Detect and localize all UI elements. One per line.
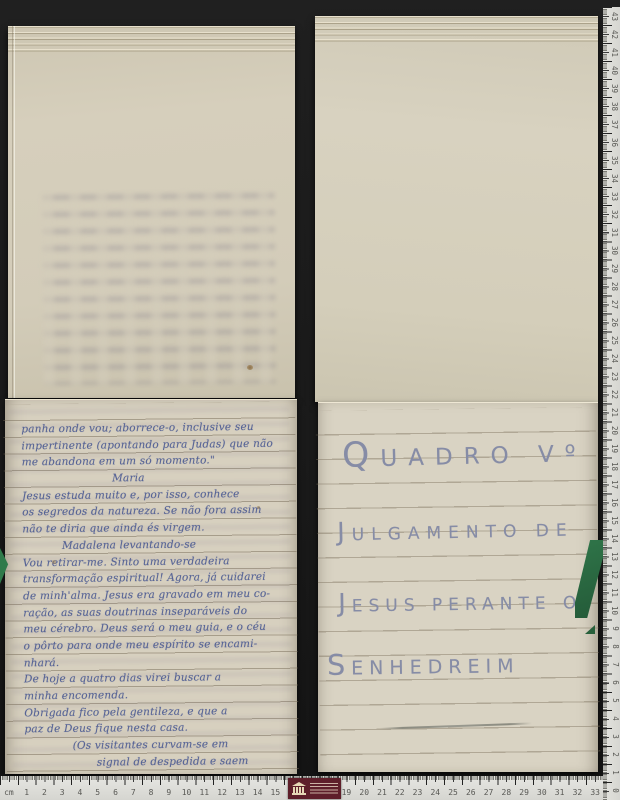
ruler-number: 36 (611, 138, 620, 147)
ruler-number-cell: 7 (610, 656, 620, 674)
manuscript-line: os segredos da natureza. Se não fora ass… (22, 502, 290, 521)
ruler-number-cell: 27 (610, 295, 620, 313)
ruler-number: 9 (610, 626, 619, 631)
ruler-number: 28 (611, 282, 620, 291)
ruler-number-cell: 9 (610, 620, 620, 638)
ruler-number-cell: 19 (610, 439, 620, 457)
ruler-number: 12 (611, 570, 620, 579)
ruler-number: 30 (611, 246, 620, 255)
ruler-number: 28 (497, 788, 515, 797)
ruler-number-cell: 14 (610, 529, 620, 547)
archive-logo (288, 778, 341, 799)
ruler-number: 3 (610, 734, 619, 739)
ruler-number: 20 (355, 788, 373, 797)
ruler-number: 7 (124, 788, 142, 797)
ruler-number-cell: 5 (610, 692, 620, 710)
manuscript-line: signal de despedida e saem (25, 752, 293, 771)
ruler-number: 12 (213, 788, 231, 797)
ruler-number-cell: 33 (610, 187, 620, 205)
foxing-spot (257, 506, 260, 509)
foxing-spot (247, 365, 253, 370)
ruler-number: 14 (249, 788, 267, 797)
ruler-number: 37 (611, 120, 620, 129)
ruler-number-cell: 31 (610, 223, 620, 241)
manuscript-line: impertinente (apontando para Judas) que … (21, 435, 289, 454)
ruler-number: 27 (480, 788, 498, 797)
ruler-number: 26 (611, 318, 620, 327)
ruler-number: 33 (611, 192, 620, 201)
ruler-number: 35 (611, 156, 620, 165)
ruler-number: 4 (71, 788, 89, 797)
ruler-number: 43 (611, 11, 620, 20)
ruler-number: 6 (610, 680, 619, 685)
ruler-number-cell: 41 (610, 43, 620, 61)
ruler-number-cell: 38 (610, 97, 620, 115)
ruler-number: 31 (551, 788, 569, 797)
ruler-number: 34 (611, 174, 620, 183)
ruler-number: 17 (611, 480, 620, 489)
ruler-number: 22 (611, 390, 620, 399)
ruler-number-cell: 2 (610, 746, 620, 764)
right-ruler: 43 42 41 40 39 38 37 36 35 34 33 32 (603, 7, 620, 800)
ruler-number: 15 (611, 516, 620, 525)
ruler-number-cell: 32 (610, 205, 620, 223)
ruler-number: 25 (444, 788, 462, 797)
ruler-number: 15 (266, 788, 284, 797)
ruler-number: 0 (610, 788, 619, 793)
page-stack-edges (8, 26, 295, 53)
ruler-number: 1 (18, 788, 36, 797)
ruler-number: 33 (586, 788, 604, 797)
ruler-number-cell: 37 (610, 115, 620, 133)
ruler-number: 14 (611, 534, 620, 543)
scene-subtitle-line-1: Julgamento de (337, 513, 574, 548)
ruler-number: 23 (409, 788, 427, 797)
ruler-number: 3 (53, 788, 71, 797)
ruler-number: 5 (89, 788, 107, 797)
ruler-number: 10 (611, 606, 620, 615)
left-manuscript-page: panha onde vou; aborrece-o, inclusive se… (5, 399, 297, 774)
ruler-number-cell: 43 (610, 7, 620, 25)
ruler-number-cell: 12 (610, 565, 620, 583)
ruler-number-cell: 4 (610, 710, 620, 728)
ruler-number: 27 (611, 300, 620, 309)
ruler-number: 13 (231, 788, 249, 797)
ruler-number-cell: 11 (610, 584, 620, 602)
ruler-number-cell: 40 (610, 61, 620, 79)
ruler-number-cell: 29 (610, 259, 620, 277)
ruler-number: 32 (569, 788, 587, 797)
ruler-number: 38 (611, 102, 620, 111)
ruler-number: 2 (610, 752, 619, 757)
ruler-number-cell: 28 (610, 277, 620, 295)
bleedthrough-text (42, 193, 276, 385)
scanned-notebook-spread: panha onde vou; aborrece-o, inclusive se… (0, 0, 620, 800)
manuscript-line: o pôrto para onde meu espírito se encami… (24, 635, 292, 654)
ruler-number-cell: 16 (610, 493, 620, 511)
manuscript-line: de minh'alma. Jesus era gravado em meu c… (23, 585, 291, 604)
ruler-number: 20 (611, 426, 620, 435)
ruler-number: 16 (611, 498, 620, 507)
logo-text-lines (310, 783, 338, 795)
ruler-number: 22 (391, 788, 409, 797)
ruler-number-cell: 35 (610, 151, 620, 169)
ruler-number-cell: 3 (610, 728, 620, 746)
ruler-number: 5 (610, 698, 619, 703)
ruler-number: 39 (611, 84, 620, 93)
ruler-number-cell: 26 (610, 313, 620, 331)
ruler-number-cell: 18 (610, 457, 620, 475)
ruler-number: 8 (610, 644, 619, 649)
ruler-number: 23 (611, 372, 620, 381)
ruler-number-cell: 17 (610, 475, 620, 493)
ruler-number: 31 (611, 228, 620, 237)
ruler-number-cell: 22 (610, 385, 620, 403)
ruler-number: 11 (195, 788, 213, 797)
ruler-number: 8 (142, 788, 160, 797)
ruler-number: 42 (611, 30, 620, 39)
ruler-number: 10 (178, 788, 196, 797)
ruler-number-cell: 24 (610, 349, 620, 367)
ruler-number: 18 (611, 462, 620, 471)
foxing-spot (52, 560, 56, 564)
page-fold-line (14, 26, 15, 398)
ruler-number-cell: 30 (610, 241, 620, 259)
ruler-number: 7 (610, 662, 619, 667)
ruler-number-cell: 10 (610, 602, 620, 620)
ruler-numbers: 43 42 41 40 39 38 37 36 35 34 33 32 (610, 7, 620, 800)
ruler-number: 40 (611, 66, 620, 75)
ruler-number: 21 (611, 408, 620, 417)
right-page-surface: Quadro Vº Julgamento de Jesus perante o … (315, 401, 600, 774)
ruler-number-cell: 6 (610, 674, 620, 692)
ruler-number: 26 (462, 788, 480, 797)
ruler-number: 25 (611, 336, 620, 345)
ruler-number: 2 (36, 788, 54, 797)
scene-subtitle-line-3: Senhedreim (327, 646, 520, 682)
ruler-number-cell: 8 (610, 638, 620, 656)
ruler-number: 19 (611, 444, 620, 453)
ruler-number: cm (0, 788, 18, 797)
scene-title: Quadro Vº (342, 430, 587, 476)
ruler-number-cell: 25 (610, 331, 620, 349)
ruler-number-cell: 34 (610, 169, 620, 187)
ruler-number: 21 (373, 788, 391, 797)
ruler-number-cell: 21 (610, 403, 620, 421)
building-icon (291, 781, 307, 796)
ruler-number-cell: 23 (610, 367, 620, 385)
ruler-number: 24 (611, 354, 620, 363)
ruler-number-cell: 0 (610, 782, 620, 800)
ruler-number: 24 (426, 788, 444, 797)
page-stack-edges (315, 16, 598, 43)
ruler-number: 30 (533, 788, 551, 797)
ruler-number: 32 (611, 210, 620, 219)
ruler-number-cell: 13 (610, 547, 620, 565)
ruler-number: 9 (160, 788, 178, 797)
left-page-handwriting: panha onde vou; aborrece-o, inclusive se… (21, 419, 293, 772)
ruler-number: 11 (611, 588, 620, 597)
ruler-number: 29 (515, 788, 533, 797)
ruler-number: 13 (611, 552, 620, 561)
ruler-number: 6 (107, 788, 125, 797)
ruler-number: 41 (611, 48, 620, 57)
ruler-number: 1 (610, 770, 619, 775)
ruler-number-cell: 1 (610, 764, 620, 782)
ruler-number: 29 (611, 264, 620, 273)
ruler-number-cell: 20 (610, 421, 620, 439)
scene-subtitle-line-2: Jesus perante o (338, 585, 582, 618)
top-left-flipped-page (8, 26, 295, 398)
top-right-flipped-page (315, 16, 598, 402)
ruler-number-cell: 39 (610, 79, 620, 97)
ruler-number-cell: 42 (610, 25, 620, 43)
ruler-number-cell: 15 (610, 511, 620, 529)
ruler-number: 4 (610, 716, 619, 721)
ruler-number-cell: 36 (610, 133, 620, 151)
right-manuscript-page: Quadro Vº Julgamento de Jesus perante o … (318, 402, 598, 772)
left-page-surface: panha onde vou; aborrece-o, inclusive se… (3, 398, 299, 775)
